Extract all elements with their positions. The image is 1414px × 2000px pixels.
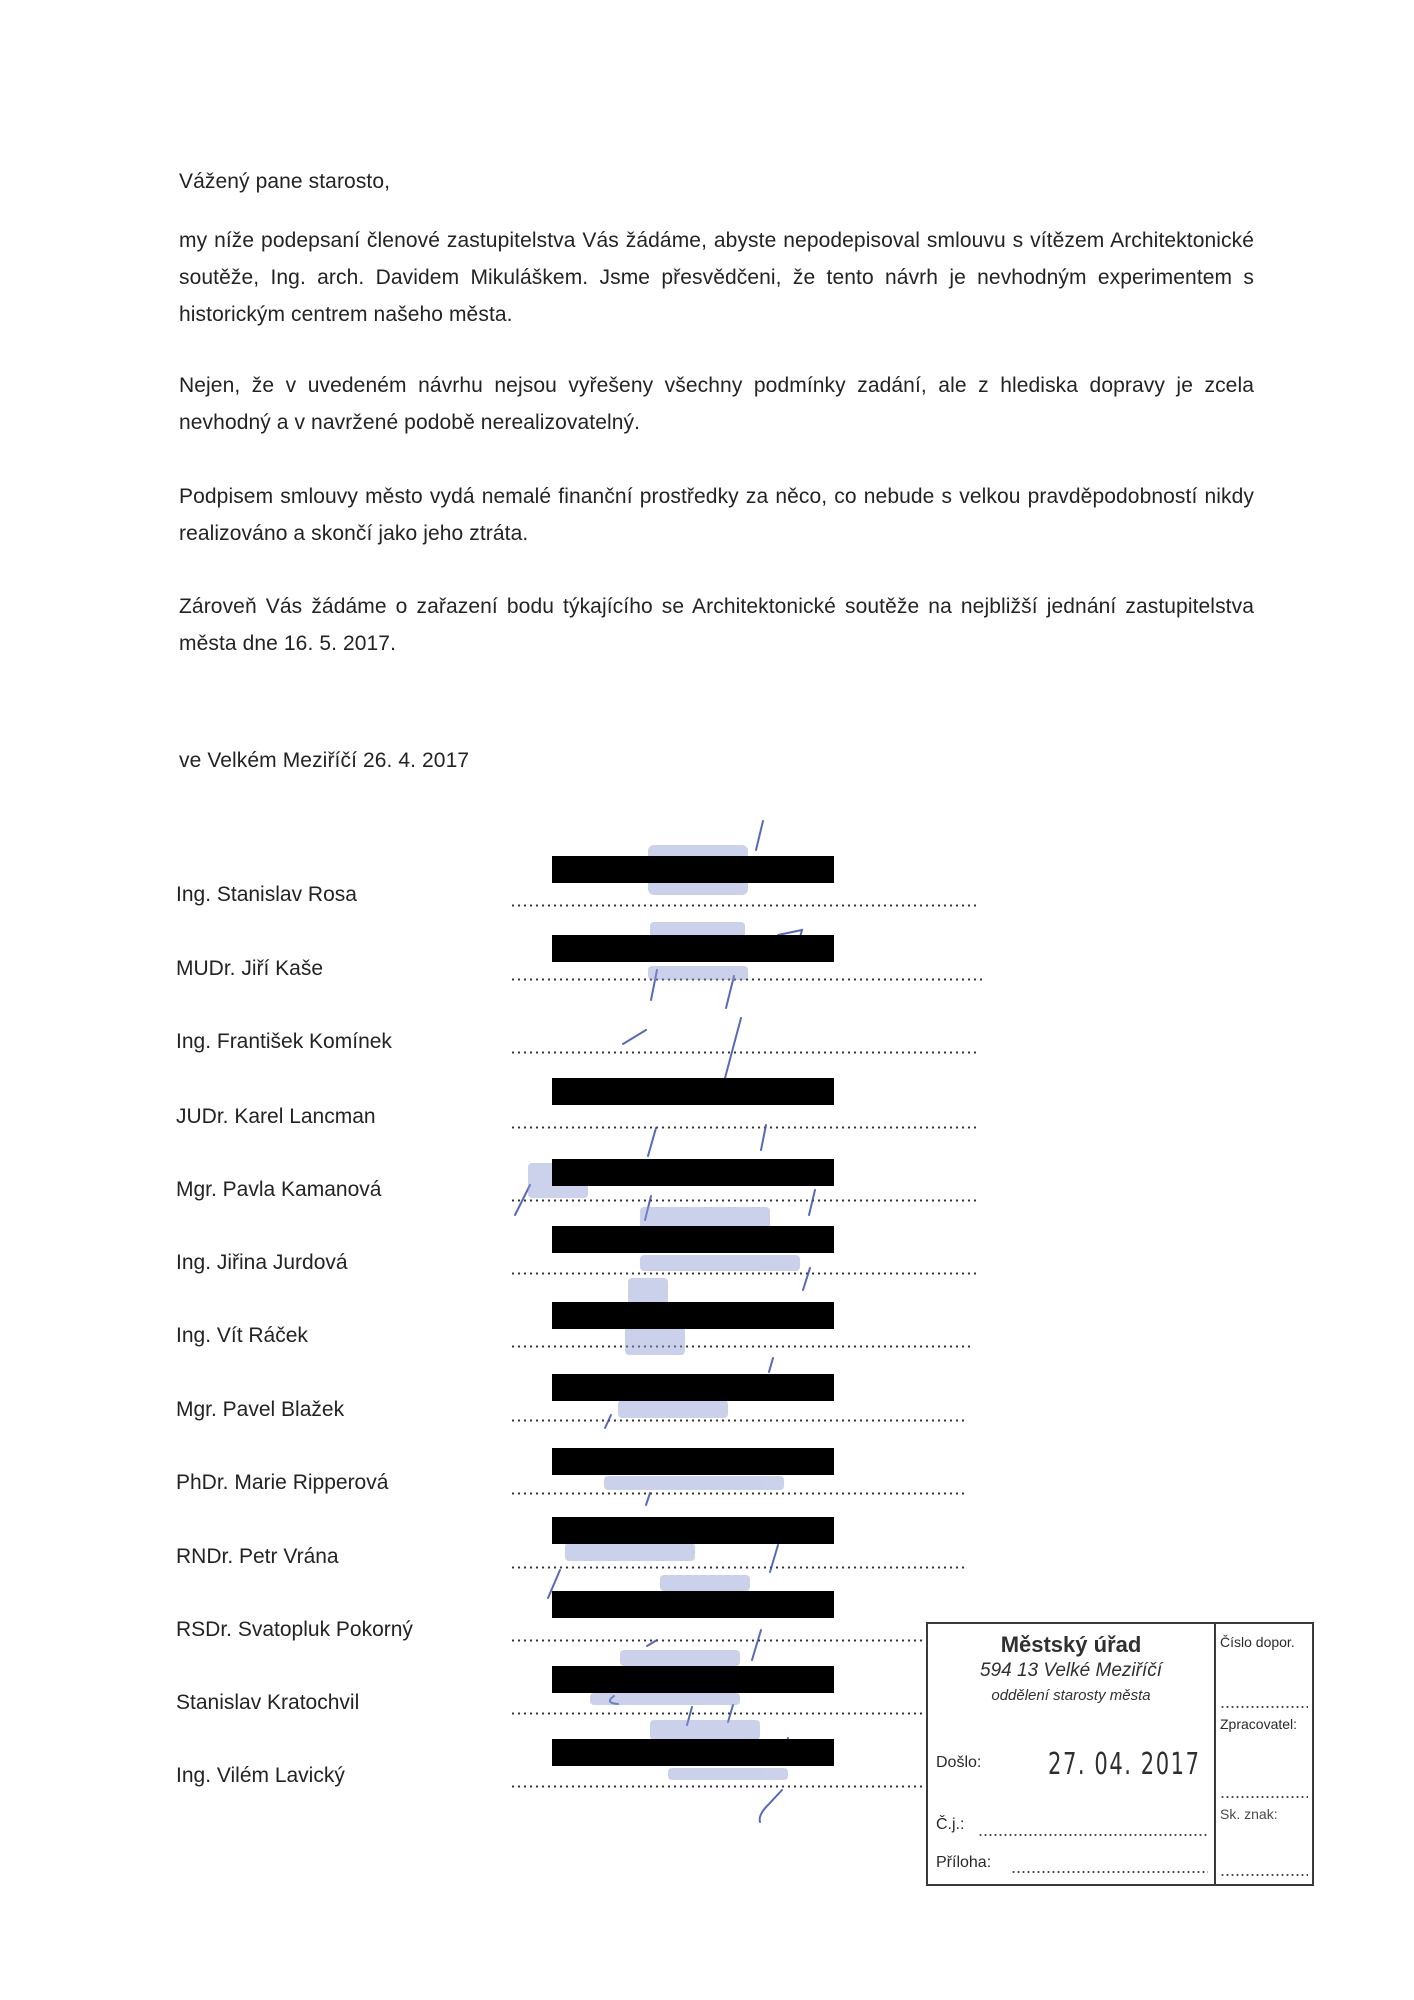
signature-line (510, 1639, 940, 1642)
filing-mark-field (1220, 1874, 1308, 1876)
redaction-bar (552, 1159, 834, 1186)
signatory-row: RNDr. Petr Vrána (0, 1545, 1414, 1585)
redaction-bar (552, 1302, 834, 1329)
paragraph-reasons: Nejen, že v uvedeném návrhu nejsou vyřeš… (179, 367, 1254, 441)
signatory-name: Ing. Vít Ráček (176, 1324, 308, 1348)
received-label: Došlo: (936, 1754, 981, 1772)
redaction-bar (552, 1517, 834, 1544)
signatory-name: PhDr. Marie Ripperová (176, 1471, 388, 1495)
redaction-bar (552, 1739, 834, 1766)
redaction-bar (552, 935, 834, 962)
attachment-label: Příloha: (936, 1854, 991, 1872)
registered-number-label: Číslo dopor. (1220, 1634, 1295, 1650)
signature-line (510, 1419, 966, 1422)
registered-number-field (1220, 1706, 1308, 1708)
signatory-name: RSDr. Svatopluk Pokorný (176, 1618, 413, 1642)
redaction-bar (552, 1448, 834, 1475)
signatory-row: JUDr. Karel Lancman (0, 1105, 1414, 1145)
letter-page: Vážený pane starosto, my níže podepsaní … (0, 0, 1414, 2000)
salutation: Vážený pane starosto, (179, 163, 1254, 200)
filing-mark-label: Sk. znak: (1220, 1806, 1278, 1822)
paragraph-agenda: Zároveň Vás žádáme o zařazení bodu týkaj… (179, 588, 1254, 662)
signature-line (510, 1126, 976, 1129)
signature-line (510, 1199, 976, 1202)
stamp-address: 594 13 Velké Meziříčí (928, 1660, 1214, 1682)
signature-line (510, 1492, 966, 1495)
signatory-name: Ing. Stanislav Rosa (176, 883, 357, 907)
signatory-name: MUDr. Jiří Kaše (176, 957, 323, 981)
redaction-bar (552, 856, 834, 883)
stamp-column-divider (1214, 1624, 1216, 1884)
redaction-bar (552, 1666, 834, 1693)
signature-line (510, 1051, 976, 1054)
stamp-office-name: Městský úřad (928, 1632, 1214, 1658)
signatory-row: Ing. Stanislav Rosa (0, 883, 1414, 923)
received-date: 27. 04. 2017 (1048, 1747, 1201, 1782)
signatory-name: Ing. Vilém Lavický (176, 1764, 345, 1788)
signature-line (510, 1272, 976, 1275)
signature-line (510, 1712, 940, 1715)
stamp-department: oddělení starosty města (928, 1687, 1214, 1704)
signature-line (510, 1785, 940, 1788)
processor-field (1220, 1796, 1308, 1798)
redaction-bar (552, 1226, 834, 1253)
reference-label: Č.j.: (936, 1816, 964, 1834)
registry-stamp: Městský úřad 594 13 Velké Meziříčí odděl… (926, 1622, 1314, 1886)
signatory-name: Ing. Jiřina Jurdová (176, 1251, 348, 1275)
paragraph-costs: Podpisem smlouvy město vydá nemalé finan… (179, 478, 1254, 552)
signatory-name: RNDr. Petr Vrána (176, 1545, 339, 1569)
signatory-name: Mgr. Pavel Blažek (176, 1398, 344, 1422)
signature-line (510, 1566, 966, 1569)
processor-label: Zpracovatel: (1220, 1716, 1297, 1732)
signatory-name: Stanislav Kratochvil (176, 1691, 359, 1715)
attachment-field (1011, 1871, 1208, 1873)
signature-line (510, 1345, 972, 1348)
signatory-row: Ing. František Komínek (0, 1030, 1414, 1070)
redaction-bar (552, 1374, 834, 1401)
redaction-bar (552, 1591, 834, 1618)
signatory-row: Ing. Vít Ráček (0, 1324, 1414, 1364)
place-and-date: ve Velkém Meziříčí 26. 4. 2017 (179, 742, 1254, 779)
signatory-name: Mgr. Pavla Kamanová (176, 1178, 381, 1202)
reference-field (978, 1834, 1208, 1836)
signature-line (510, 978, 982, 981)
signatory-row: Mgr. Pavel Blažek (0, 1398, 1414, 1438)
signatory-row: MUDr. Jiří Kaše (0, 957, 1414, 997)
redaction-bar (552, 1078, 834, 1105)
signatory-name: JUDr. Karel Lancman (176, 1105, 376, 1129)
signature-line (510, 904, 976, 907)
signatory-row: Ing. Jiřina Jurdová (0, 1251, 1414, 1291)
signatory-row: PhDr. Marie Ripperová (0, 1471, 1414, 1511)
signatory-name: Ing. František Komínek (176, 1030, 392, 1054)
paragraph-request: my níže podepsaní členové zastupitelstva… (179, 222, 1254, 333)
